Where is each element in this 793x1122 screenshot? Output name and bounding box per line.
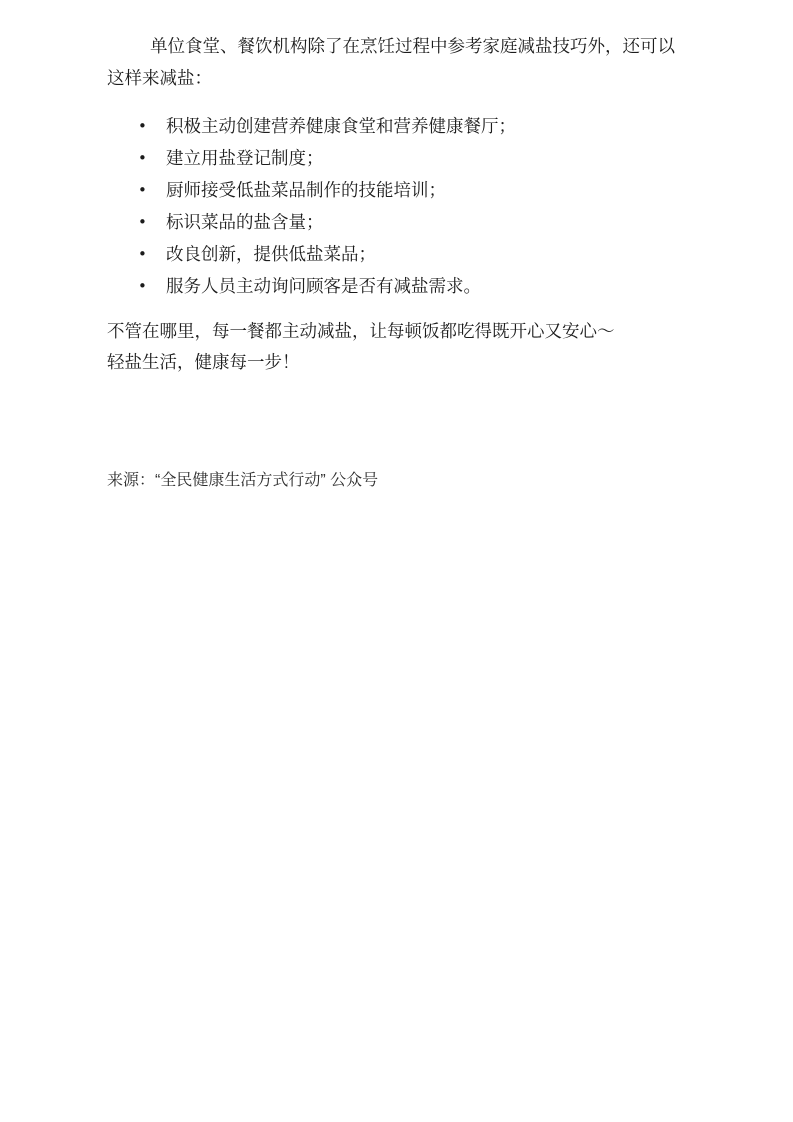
- list-item: • 建立用盐登记制度；: [107, 142, 682, 174]
- source-attribution: 来源：“全民健康生活方式行动” 公众号: [107, 466, 682, 496]
- bullet-icon: •: [138, 270, 147, 302]
- list-item: • 标识菜品的盐含量；: [107, 206, 682, 238]
- bullet-icon: •: [138, 206, 147, 238]
- list-item-text: 厨师接受低盐菜品制作的技能培训；: [166, 180, 446, 200]
- list-item: • 改良创新，提供低盐菜品；: [107, 238, 682, 270]
- closing-paragraph: 不管在哪里，每一餐都主动减盐，让每顿饭都吃得既开心又安心～ 轻盐生活，健康每一步…: [107, 316, 682, 378]
- intro-line-2: 这样来减盐：: [107, 68, 212, 88]
- list-item: • 积极主动创建营养健康食堂和营养健康餐厅；: [107, 110, 682, 142]
- list-item: • 服务人员主动询问顾客是否有减盐需求。: [107, 270, 682, 302]
- closing-line-1: 不管在哪里，每一餐都主动减盐，让每顿饭都吃得既开心又安心～: [107, 321, 615, 341]
- list-item-text: 建立用盐登记制度；: [166, 148, 324, 168]
- bullet-icon: •: [138, 110, 147, 142]
- list-item-text: 服务人员主动询问顾客是否有减盐需求。: [166, 276, 481, 296]
- document-page: 单位食堂、餐饮机构除了在烹饪过程中参考家庭减盐技巧外，还可以 这样来减盐： • …: [0, 0, 793, 1122]
- intro-paragraph: 单位食堂、餐饮机构除了在烹饪过程中参考家庭减盐技巧外，还可以 这样来减盐：: [107, 30, 682, 94]
- list-item-text: 积极主动创建营养健康食堂和营养健康餐厅；: [166, 116, 516, 136]
- list-item-text: 标识菜品的盐含量；: [166, 212, 324, 232]
- bullet-icon: •: [138, 174, 147, 206]
- intro-line-1: 单位食堂、餐饮机构除了在烹饪过程中参考家庭减盐技巧外，还可以: [107, 36, 675, 56]
- list-item-text: 改良创新，提供低盐菜品；: [166, 244, 376, 264]
- document-content: 单位食堂、餐饮机构除了在烹饪过程中参考家庭减盐技巧外，还可以 这样来减盐： • …: [107, 30, 682, 512]
- closing-line-2: 轻盐生活，健康每一步！: [107, 352, 300, 372]
- salt-reduction-list: • 积极主动创建营养健康食堂和营养健康餐厅； • 建立用盐登记制度； • 厨师接…: [107, 110, 682, 302]
- bullet-icon: •: [138, 238, 147, 270]
- bullet-icon: •: [138, 142, 147, 174]
- list-item: • 厨师接受低盐菜品制作的技能培训；: [107, 174, 682, 206]
